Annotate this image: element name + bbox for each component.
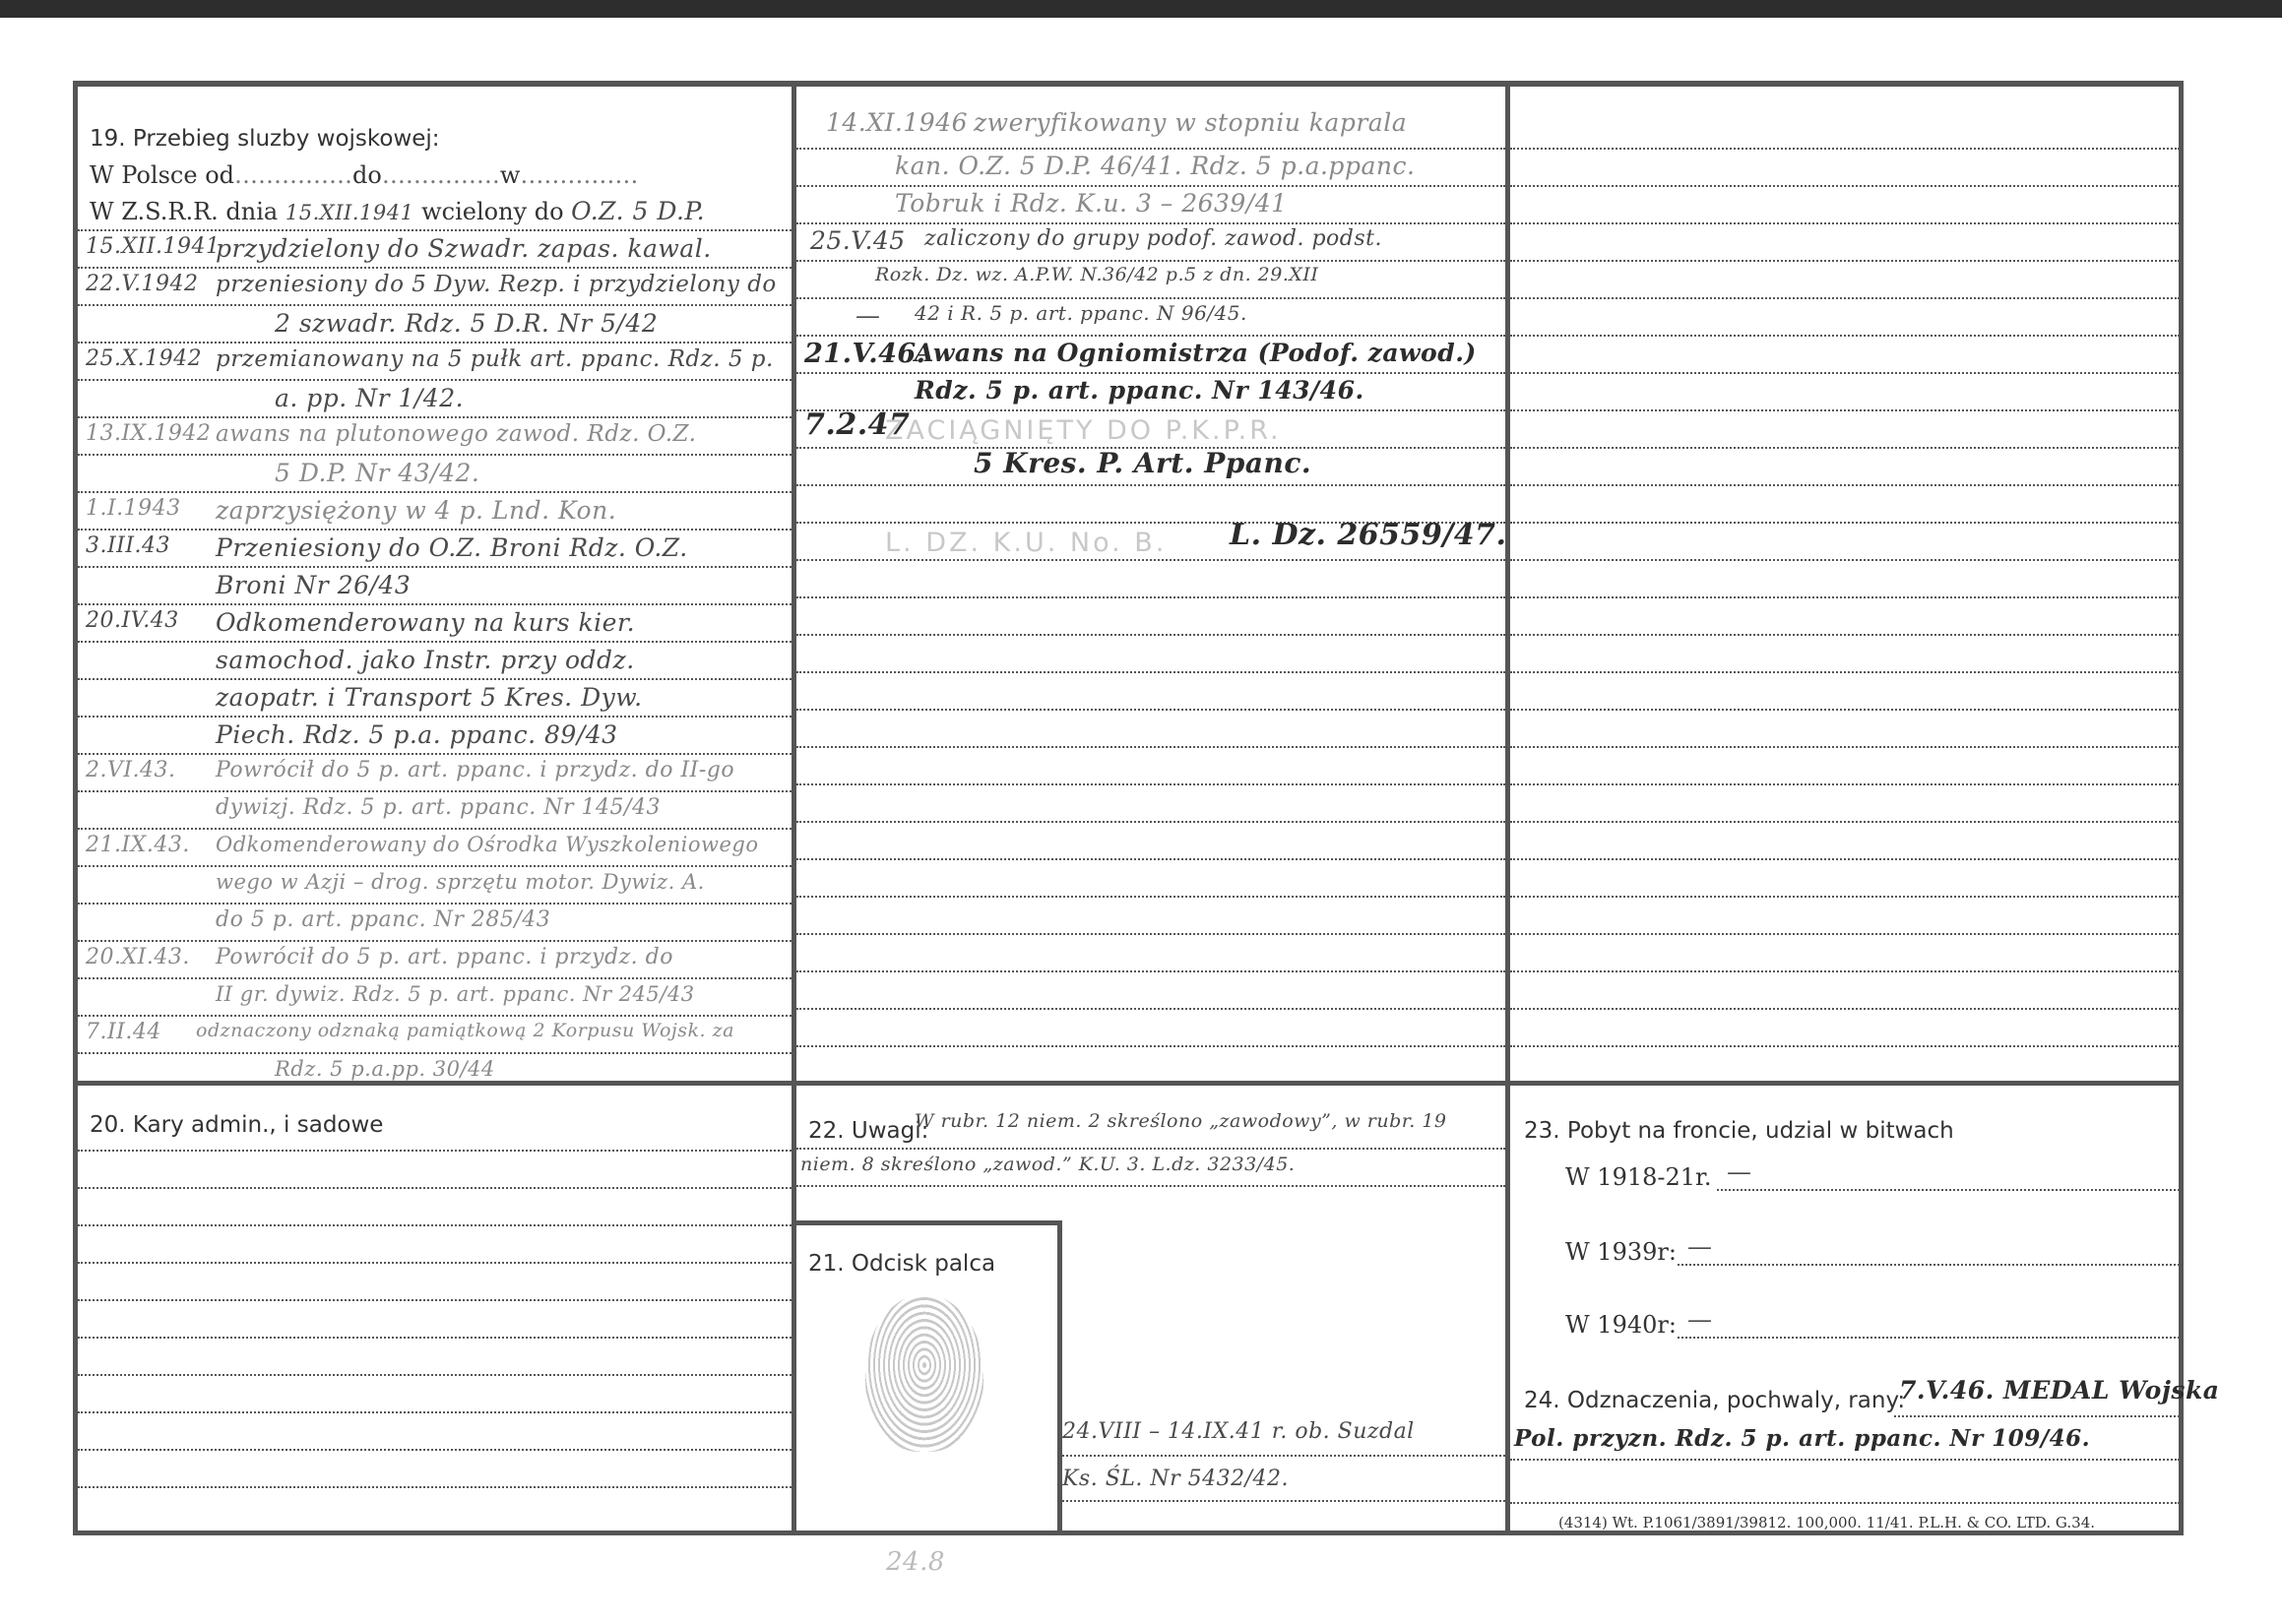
remarks-line-1: W rubr. 12 niem. 2 skreślono „zawodowy”,… [915,1110,1447,1132]
cont-date: — [856,301,881,330]
entry-date: 7.II.44 [86,1020,161,1044]
cont-text: 42 i R. 5 p. art. ppanc. N 96/45. [915,301,1247,325]
entry-text: Powrócił do 5 p. art. ppanc. i przydz. d… [216,758,734,782]
cont-text: zweryfikowany w stopniu kaprala [974,108,1407,137]
entry-date: 22.V.1942 [86,272,199,296]
cont-text: Awans na Ogniomistrza (Podof. zawod.) [915,339,1477,367]
section24-title: 24. Odznaczenia, pochwaly, rany: [1524,1388,1905,1413]
entry-date: 15.XII.1941 [86,234,221,259]
entry-text: 5 D.P. Nr 43/42. [275,459,479,487]
entry-date: 21.IX.43. [86,833,190,857]
front-row-value: — [1727,1157,1752,1186]
cont-text: Tobruk i Rdz. K.u. 3 – 2639/41 [895,189,1288,218]
entry-date: 25.X.1942 [86,346,202,371]
entry-date: 13.IX.1942 [86,421,211,446]
entry-text: Rdz. 5 p.a.pp. 30/44 [275,1057,495,1081]
stamp-line-1: ZACIĄGNIĘTY DO P.K.P.R. [885,415,1282,446]
page-mark: 24.8 [886,1547,945,1577]
entry-text: dywizj. Rdz. 5 p. art. ppanc. Nr 145/43 [216,795,661,820]
entry-text: do 5 p. art. ppanc. Nr 285/43 [216,907,550,932]
scan-top-edge [0,0,2282,18]
column-right [1510,87,2180,1081]
cont-text: L. Dz. 26559/47. [1230,518,1506,552]
entry-date: 1.I.1943 [86,496,181,521]
column-left: 19. Przebieg sluzby wojskowej: W Polsce … [78,87,796,1081]
form-print-code: (4314) Wt. P.1061/3891/39812. 100,000. 1… [1558,1514,2095,1531]
front-row-value: — [1687,1305,1713,1334]
section23-title: 23. Pobyt na froncie, udzial w bitwach [1524,1118,1954,1144]
cont-text: kan. O.Z. 5 D.P. 46/41. Rdz. 5 p.a.ppanc… [895,152,1415,180]
ussr-date: 15.XII.1941 [285,201,414,224]
cont-text: Rozk. Dz. wz. A.P.W. N.36/42 p.5 z dn. 2… [875,264,1318,285]
entry-date: 2.VI.43. [86,758,176,782]
entry-text: zaopatr. i Transport 5 Kres. Dyw. [216,683,643,712]
entry-text: odznaczony odznaką pamiątkową 2 Korpusu … [196,1020,734,1041]
entry-text: wego w Azji – drog. sprzętu motor. Dywiz… [216,870,705,894]
form-frame: 19. Przebieg sluzby wojskowej: W Polsce … [73,81,2184,1535]
section-23: 23. Pobyt na froncie, udzial w bitwach W… [1510,1081,2180,1533]
entry-text: Powrócił do 5 p. art. ppanc. i przydz. d… [216,945,673,969]
entry-text: 2 szwadr. Rdz. 5 D.R. Nr 5/42 [275,309,658,338]
ussr-line: W Z.S.R.R. dnia 15.XII.1941 wcielony do … [90,197,705,225]
front-row-value: — [1687,1232,1713,1261]
front-row-label: W 1939r: [1565,1238,1677,1266]
entry-text: II gr. dywiz. Rdz. 5 p. art. ppanc. Nr 2… [216,982,695,1006]
cont-date: 7.2.47 [804,407,910,442]
entry-text: Broni Nr 26/43 [216,571,411,599]
fingerprint-note-1: 24.VIII – 14.IX.41 r. ob. Suzdal [1062,1419,1415,1444]
fingerprint-image [865,1294,983,1452]
entry-text: Odkomenderowany do Ośrodka Wyszkoleniowe… [216,833,759,856]
entry-text: samochod. jako Instr. przy oddz. [216,646,635,674]
front-row-label: W 1940r: [1565,1311,1677,1339]
ussr-unit: O.Z. 5 D.P. [571,197,705,225]
poland-od-label: W Polsce od……………do……………w…………… [90,161,638,189]
fingerprint-note-2: Ks. ŚL. Nr 5432/42. [1062,1467,1289,1491]
cont-date: 14.XI.1946 [826,108,968,137]
section-20: 20. Kary admin., i sadowe [78,1081,796,1533]
entry-text: przemianowany na 5 pułk art. ppanc. Rdz.… [216,346,774,372]
front-row-label: W 1918-21r. [1565,1163,1712,1191]
entry-text: Piech. Rdz. 5 p.a. ppanc. 89/43 [216,720,618,749]
decorations-value-1: 7.V.46. MEDAL Wojska [1899,1376,2219,1405]
entry-text: Przeniesiony do O.Z. Broni Rdz. O.Z. [216,533,688,562]
remarks-line-2: niem. 8 skreślono „zawod.” K.U. 3. L.dz.… [800,1154,1295,1175]
entry-date: 20.XI.43. [86,945,190,969]
entry-text: zaprzysiężony w 4 p. Lnd. Kon. [216,496,616,525]
cont-date: 21.V.46. [804,339,926,369]
column-middle: 14.XI.1946 zweryfikowany w stopniu kapra… [796,87,1510,1081]
entry-text: przydzielony do Szwadr. zapas. kawal. [216,234,712,263]
section21-title: 21. Odcisk palca [808,1251,995,1277]
entry-text: Odkomenderowany na kurs kier. [216,608,635,637]
entry-text: przeniesiony do 5 Dyw. Rezp. i przydziel… [216,272,777,297]
cont-date: 25.V.45 [810,226,906,255]
section20-title: 20. Kary admin., i sadowe [90,1112,383,1138]
entry-text: awans na plutonowego zawod. Rdz. O.Z. [216,421,696,447]
decorations-value-2: Pol. przyzn. Rdz. 5 p. art. ppanc. Nr 10… [1514,1425,2090,1452]
section-21-fingerprint-box: 21. Odcisk palca [796,1220,1062,1533]
section19-title: 19. Przebieg sluzby wojskowej: [90,126,440,152]
entry-date: 3.III.43 [86,533,170,558]
section22-title: 22. Uwagi: [808,1118,928,1144]
cont-text: zaliczony do grupy podof. zawod. podst. [924,226,1382,251]
cont-text: Rdz. 5 p. art. ppanc. Nr 143/46. [915,376,1364,405]
section-22: 22. Uwagi: W rubr. 12 niem. 2 skreślono … [796,1081,1510,1533]
entry-date: 20.IV.43 [86,608,179,633]
entry-text: a. pp. Nr 1/42. [275,384,464,412]
cont-text: 5 Kres. P. Art. Ppanc. [974,447,1311,479]
stamp-line-2: L. DZ. K.U. No. B. [885,528,1167,558]
